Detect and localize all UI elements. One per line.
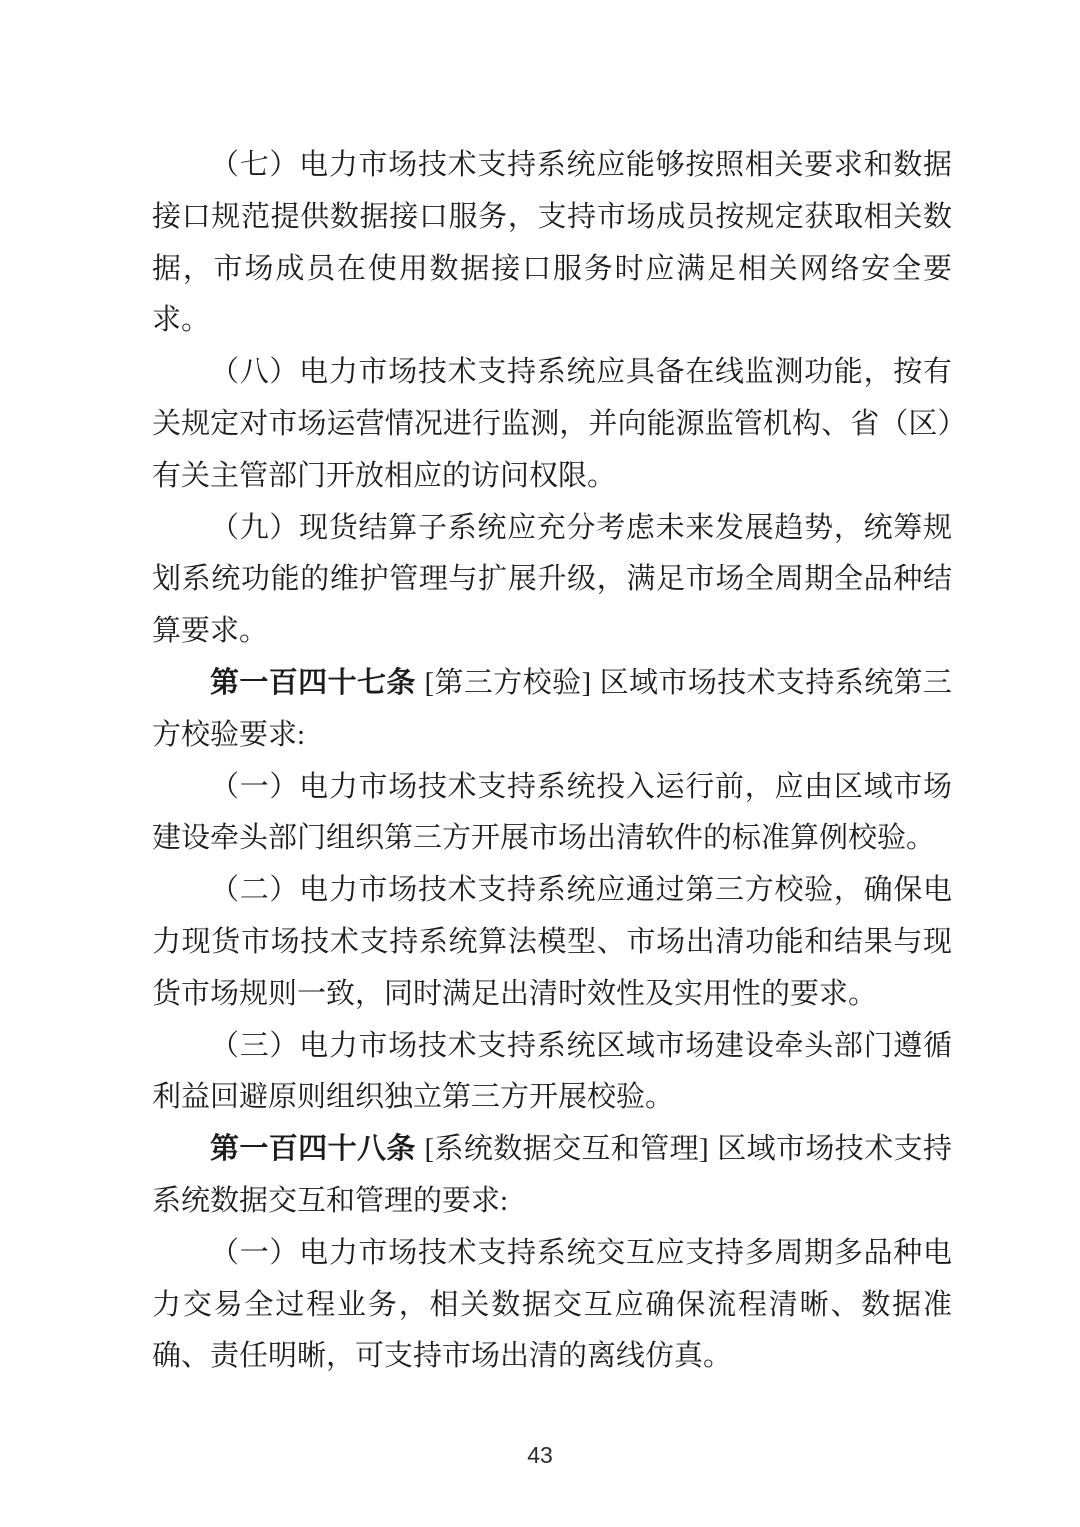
document-page: （七）电力市场技术支持系统应能够按照相关要求和数据接口规范提供数据接口服务，支持… bbox=[0, 0, 1080, 1527]
article-148-bracket-label: [系统数据交互和管理] bbox=[424, 1133, 708, 1165]
paragraph-147-item-3: （三）电力市场技术支持系统区域市场建设牵头部门遵循利益回避原则组织独立第三方开展… bbox=[152, 1021, 952, 1125]
paragraph-item-7: （七）电力市场技术支持系统应能够按照相关要求和数据接口规范提供数据接口服务，支持… bbox=[152, 140, 952, 347]
paragraph-148-item-1: （一）电力市场技术支持系统交互应支持多周期多品种电力交易全过程业务，相关数据交互… bbox=[152, 1228, 952, 1383]
article-147-bracket-label: [第三方校验] bbox=[424, 667, 591, 699]
paragraph-147-item-2: （二）电力市场技术支持系统应通过第三方校验，确保电力现货市场技术支持系统算法模型… bbox=[152, 865, 952, 1020]
paragraph-147-item-1: （一）电力市场技术支持系统投入运行前，应由区域市场建设牵头部门组织第三方开展市场… bbox=[152, 762, 952, 866]
article-147-number: 第一百四十七条 bbox=[210, 667, 416, 699]
document-body: （七）电力市场技术支持系统应能够按照相关要求和数据接口规范提供数据接口服务，支持… bbox=[152, 140, 952, 1383]
page-number: 43 bbox=[0, 1442, 1080, 1469]
paragraph-item-8: （八）电力市场技术支持系统应具备在线监测功能，按有关规定对市场运营情况进行监测，… bbox=[152, 347, 952, 502]
article-148-heading: 第一百四十八条[系统数据交互和管理]区域市场技术支持系统数据交互和管理的要求: bbox=[152, 1124, 952, 1228]
article-148-number: 第一百四十八条 bbox=[210, 1133, 416, 1165]
paragraph-item-9: （九）现货结算子系统应充分考虑未来发展趋势，统筹规划系统功能的维护管理与扩展升级… bbox=[152, 503, 952, 658]
article-147-heading: 第一百四十七条[第三方校验]区域市场技术支持系统第三方校验要求: bbox=[152, 658, 952, 762]
